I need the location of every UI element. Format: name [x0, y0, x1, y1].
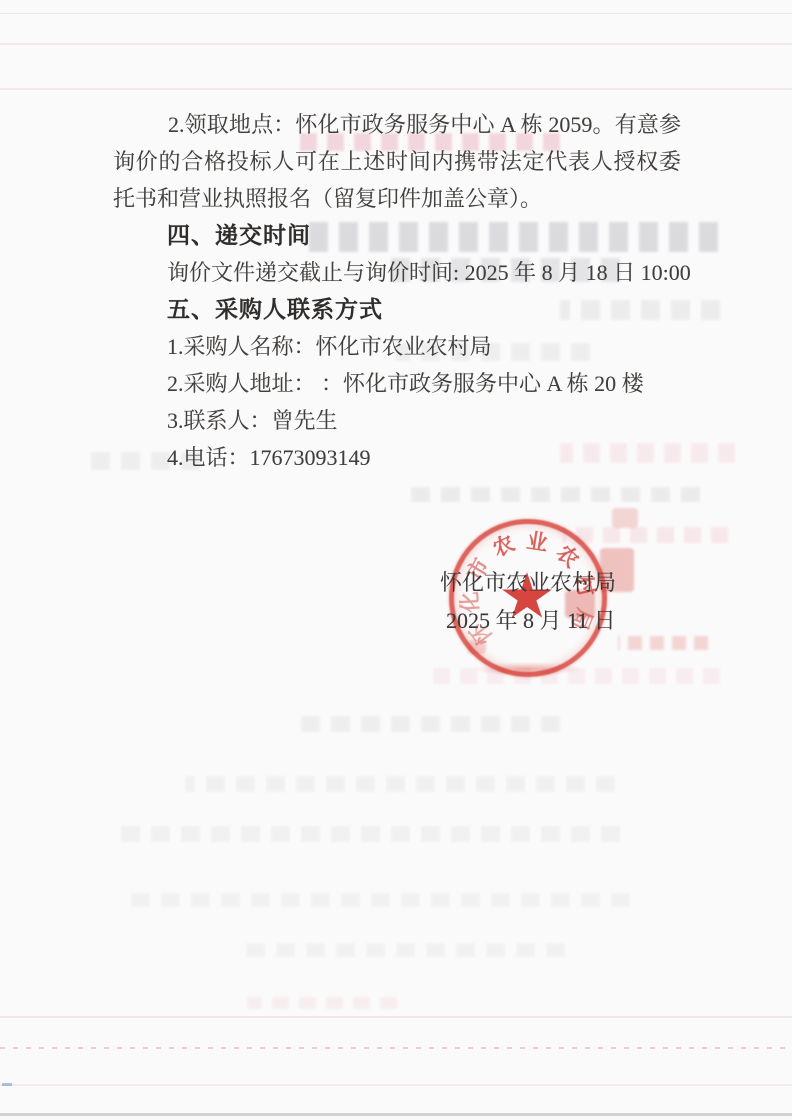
- bleed-through-text: [235, 943, 565, 957]
- seal-ink-smudge: [612, 508, 638, 528]
- seal-arc-char: 业: [524, 530, 549, 555]
- contact-item-purchaser-address: 2.采购人地址： ：怀化市政务服务中心 A 栋 20 楼: [113, 365, 681, 402]
- paragraph-pickup-line-3: 托书和营业执照报名（留复印件加盖公章）。: [113, 180, 681, 217]
- contact-item-contact-person: 3.联系人：曾先生: [113, 402, 681, 439]
- scan-artifact-line: [0, 1084, 792, 1086]
- scanned-document-page: 2.领取地点：怀化市政务服务中心 A 栋 2059。有意参加 询价的合格投标人可…: [0, 0, 792, 1120]
- bleed-through-text: [400, 487, 700, 502]
- scan-artifact-line: [0, 1016, 792, 1018]
- signature-org: 怀化市农业农村局: [440, 564, 616, 602]
- contact-item-phone: 4.电话：17673093149: [113, 439, 681, 476]
- scan-artifact-line: [0, 1047, 792, 1049]
- section-heading-purchaser-contact: 五、采购人联系方式: [113, 291, 681, 328]
- scan-edge-shadow: [0, 1113, 792, 1116]
- contact-item-purchaser-name: 1.采购人名称：怀化市农业农村局: [113, 328, 681, 365]
- scan-artifact-line: [0, 43, 792, 45]
- signature-block: 怀化市农业农村局 2025 年 8 月 11 日: [440, 564, 616, 640]
- section-heading-submission-time: 四、递交时间: [113, 217, 681, 254]
- paragraph-pickup-line-1: 2.领取地点：怀化市政务服务中心 A 栋 2059。有意参加: [113, 106, 681, 143]
- scan-artifact-line: [0, 88, 792, 90]
- scan-artifact-mark: [2, 1083, 12, 1086]
- bleed-through-seal: [618, 636, 708, 650]
- bleed-through-text: [130, 893, 630, 907]
- bleed-through-text: [120, 826, 620, 842]
- bleed-through-text: [247, 997, 397, 1009]
- bleed-through-text: [290, 716, 560, 732]
- scan-artifact-line: [0, 13, 792, 14]
- signature-date: 2025 年 8 月 11 日: [440, 602, 616, 640]
- bleed-through-text: [185, 776, 615, 792]
- submission-deadline-line: 询价文件递交截止与询价时间: 2025 年 8 月 18 日 10:00: [113, 254, 681, 291]
- paragraph-pickup-line-2: 询价的合格投标人可在上述时间内携带法定代表人授权委: [113, 143, 681, 180]
- document-body: 2.领取地点：怀化市政务服务中心 A 栋 2059。有意参加 询价的合格投标人可…: [113, 106, 681, 476]
